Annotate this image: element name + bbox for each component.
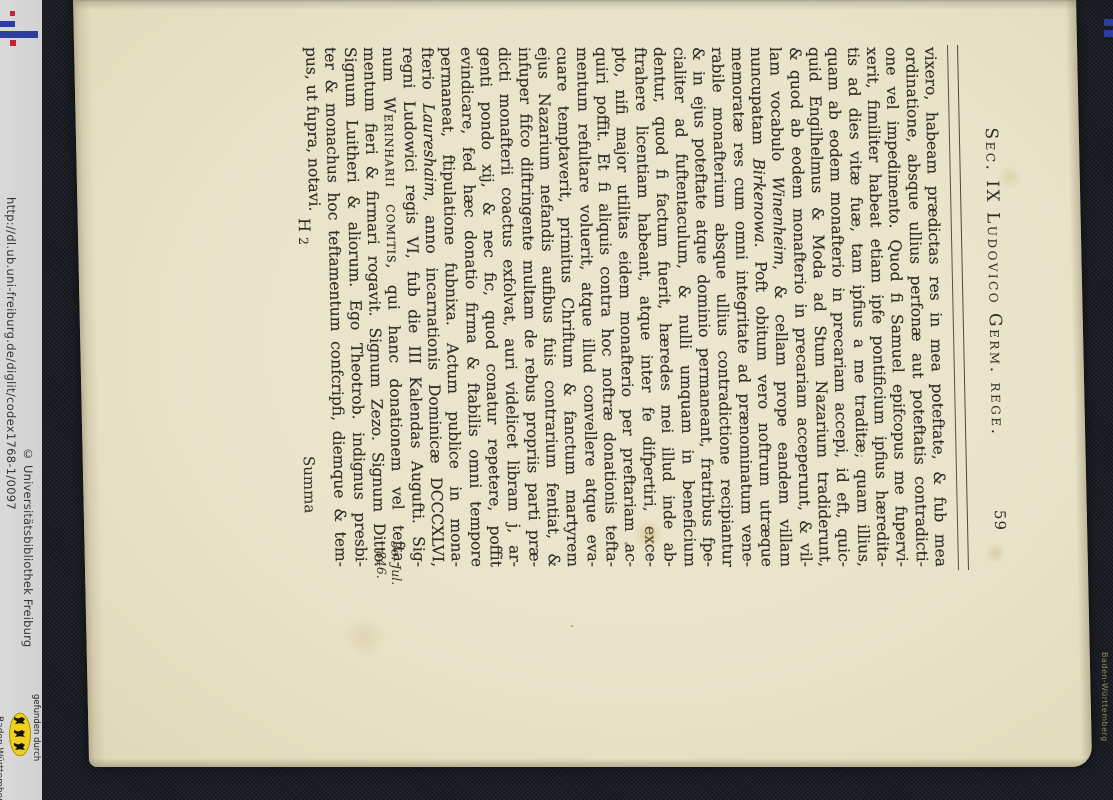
registration-mark-red xyxy=(10,11,15,16)
registration-mark-blue xyxy=(1104,30,1113,37)
margin-date-note: 3o. Jul. 846. xyxy=(373,541,403,611)
library-watermark-strip: http://dl.ub.uni-freiburg.de/diglit/code… xyxy=(0,0,42,800)
signature-mark: H2 xyxy=(295,218,315,245)
registration-mark-blue xyxy=(0,21,15,27)
header-double-rule xyxy=(947,45,969,570)
registration-mark-blue xyxy=(1104,19,1113,26)
signature-number: 2 xyxy=(296,237,311,245)
scanned-page: Sec. IX Ludovico Germ. rege. 59 vixero, … xyxy=(73,0,1092,767)
signature-letter: H xyxy=(295,218,314,232)
digitized-book-viewer: { "watermark": { "url_text": "http://dl.… xyxy=(0,0,1113,800)
running-head: Sec. IX Ludovico Germ. rege. 59 xyxy=(975,47,1010,567)
catchword: Summa xyxy=(300,456,319,513)
body-text: vixero, habeam prædictas res in mea pote… xyxy=(301,47,950,567)
registration-mark-blue xyxy=(0,31,38,38)
edge-label-left: Baden-Württemberg xyxy=(0,716,4,800)
baden-wuerttemberg-crest-icon xyxy=(8,711,32,758)
paper-speck xyxy=(624,542,627,545)
paper-speck xyxy=(571,625,573,627)
paper-speck xyxy=(861,455,863,457)
url-watermark: http://dl.ub.uni-freiburg.de/diglit/code… xyxy=(4,197,18,510)
page-content-rotated: Sec. IX Ludovico Germ. rege. 59 vixero, … xyxy=(73,0,1092,767)
copyright-watermark: © Universitätsbibliothek Freiburg xyxy=(21,447,35,647)
margin-note-line: 846. xyxy=(373,541,389,611)
edge-label-right: Baden-Württemberg xyxy=(1100,652,1109,742)
margin-note-line: 3o. Jul. xyxy=(388,541,404,611)
page-number: 59 xyxy=(991,510,1009,531)
registration-mark-red xyxy=(10,40,16,46)
running-head-title: Sec. IX Ludovico Germ. rege. xyxy=(981,127,1009,486)
found-by-label: gefunden durch xyxy=(31,694,41,761)
